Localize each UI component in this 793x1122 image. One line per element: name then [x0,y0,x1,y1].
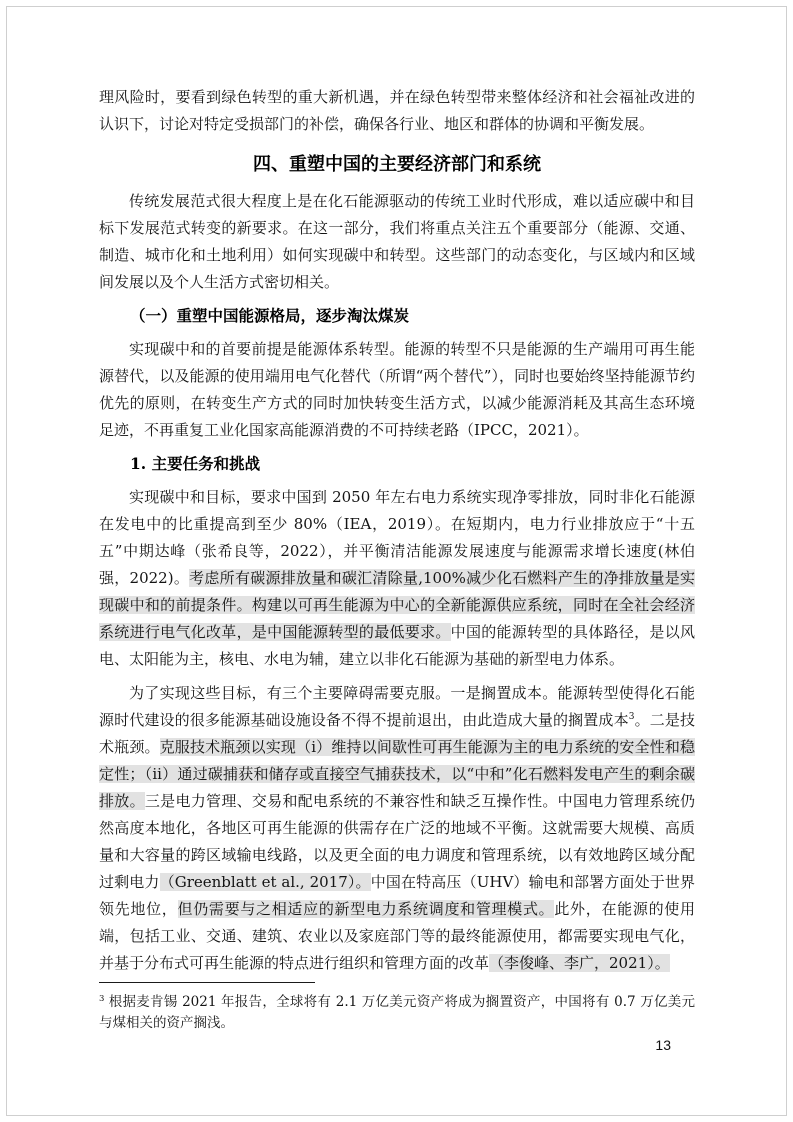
footnote-separator [99,982,315,983]
paragraph-section-intro: 传统发展范式很大程度上是在化石能源驱动的传统工业时代形成，难以适应碳中和目标下发… [99,188,695,296]
paragraph-risk-continuation: 理风险时，要看到绿色转型的重大新机遇，并在绿色转型带来整体经济和社会福祉改进的认… [99,84,695,138]
subsection-heading: （一）重塑中国能源格局，逐步淘汰煤炭 [99,304,695,326]
document-body: 理风险时，要看到绿色转型的重大新机遇，并在绿色转型带来整体经济和社会福祉改进的认… [99,84,695,984]
footnote-marker: 3 [99,994,104,1004]
paragraph-energy-transition: 实现碳中和的首要前提是能源体系转型。能源的转型不只是能源的生产端用可再生能源替代… [99,336,695,444]
obstacles-highlighted-citation-1: （Greenblatt et al., 2017）。 [160,873,371,891]
task-heading: 1. 主要任务和挑战 [99,452,695,474]
obstacles-highlighted-text-2: 但仍需要与之相适应的新型电力系统调度和管理模式。 [178,900,555,918]
footnote: 3根据麦肯锡 2021 年报告，全球将有 2.1 万亿美元资产将成为搁置资产，中… [99,992,695,1034]
obstacles-highlighted-citation-2: （李俊峰、李广，2021）。 [489,954,670,972]
paragraph-obstacles: 为了实现这些目标，有三个主要障碍需要克服。一是搁置成本。能源转型使得化石能源时代… [99,680,695,977]
page-number: 13 [655,1037,671,1053]
section-heading: 四、重塑中国的主要经济部门和系统 [99,150,695,176]
paragraph-tasks: 实现碳中和目标，要求中国到 2050 年左右电力系统实现净零排放，同时非化石能源… [99,484,695,673]
footnote-text: 根据麦肯锡 2021 年报告，全球将有 2.1 万亿美元资产将成为搁置资产，中国… [99,994,695,1031]
obstacles-text-1: 为了实现这些目标，有三个主要障碍需要克服。一是搁置成本。能源转型使得化石能源时代… [99,684,695,729]
document-page: { "colors": { "highlight_bg": "#e2e2e2",… [0,0,793,1122]
footnote-area: 3根据麦肯锡 2021 年报告，全球将有 2.1 万亿美元资产将成为搁置资产，中… [99,982,695,1034]
